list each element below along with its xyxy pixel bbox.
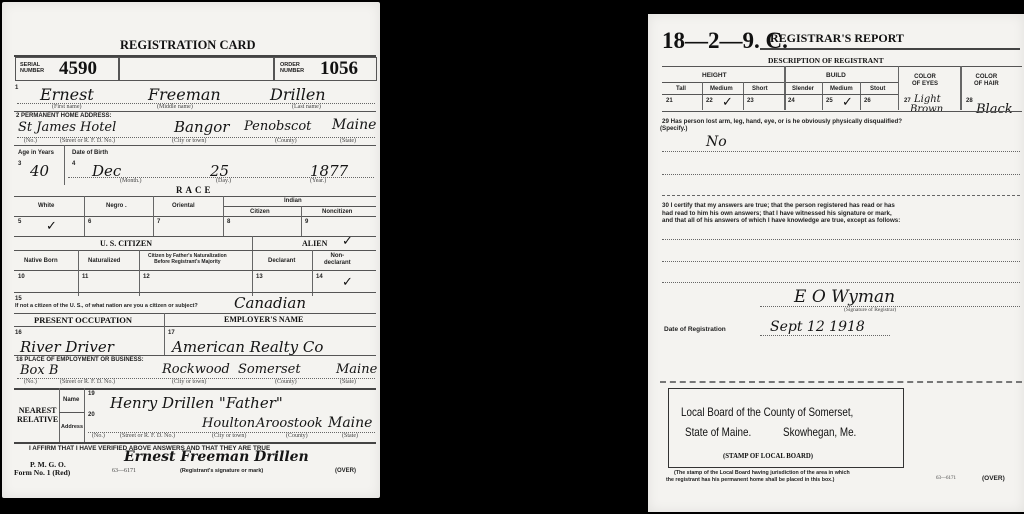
serial-number: 4590 [59,58,97,80]
alien-checkmark: ✓ [342,234,353,249]
relative-county: Aroostook [256,416,323,431]
registrant-signature: Ernest Freeman Drillen [124,449,309,465]
form-number: Form No. 1 (Red) [14,468,70,477]
card-title: REGISTRATION CARD [120,38,256,53]
medium-build-checkmark: ✓ [842,95,853,110]
date-of-registration: Sept 12 1918 [770,319,865,335]
employment-county: Somerset [238,362,301,377]
description-heading: DESCRIPTION OF REGISTRANT [768,56,884,65]
employment-state: Maine [336,362,377,377]
employment-street: Box B [20,363,58,378]
order-label: ORDERNUMBER [280,62,304,74]
occupation-value: River Driver [20,338,114,356]
race-heading: RACE [176,185,214,195]
serial-label: SERIALNUMBER [20,62,44,74]
card-code: 18—2—9. C. [662,28,788,54]
home-city: Bangor [174,118,229,136]
home-county: Penobscot [244,119,311,134]
white-checkmark: ✓ [46,219,57,234]
employer-value: American Realty Co [172,338,323,356]
eye-color-2: Brown [910,104,943,115]
registration-card-back: 18—2—9. C. REGISTRAR'S REPORT DESCRIPTIO… [648,14,1024,512]
certification-text: 30 I certify that my answers are true; t… [662,202,900,225]
nearest-relative-label: NEARESTRELATIVE [17,406,58,424]
medium-height-checkmark: ✓ [722,95,733,110]
home-state: Maine [332,117,376,133]
nondeclarant-checkmark: ✓ [342,275,353,290]
home-address-label: 2 PERMANENT HOME ADDRESS: [16,113,111,119]
nationality-value: Canadian [234,294,306,312]
age-value: 40 [30,162,49,180]
date-of-registration-label: Date of Registration [664,326,726,333]
relative-name: Henry Drillen "Father" [110,394,283,412]
stamp-note: (The stamp of the Local Board having jur… [674,470,850,484]
registrar-signature: E O Wyman [794,287,895,307]
local-board-stamp: Local Board of the County of Somerset, S… [668,388,904,468]
order-number: 1056 [320,58,358,80]
first-name: Ernest [40,85,94,104]
relative-city: Houlton [202,416,255,431]
disqualification-answer: No [706,134,727,150]
middle-name: Freeman [148,85,221,104]
last-name: Drillen [270,85,326,104]
hair-color: Black [976,102,1013,117]
home-street: St James Hotel [18,120,116,135]
registration-card-front: REGISTRATION CARD SERIALNUMBER 4590 ORDE… [2,2,380,498]
registrars-report-title: REGISTRAR'S REPORT [770,31,904,46]
employment-city: Rockwood [162,362,230,377]
relative-state: Maine [328,415,372,431]
